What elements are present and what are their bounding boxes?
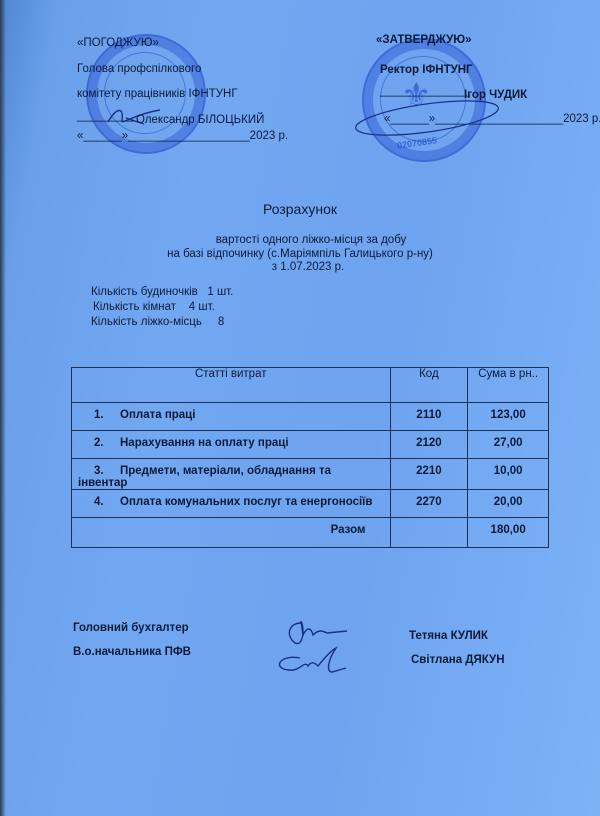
table-total-row: Разом 180,00 bbox=[72, 518, 549, 548]
row-code: 2270 bbox=[390, 490, 468, 518]
cost-table: Статті витрат Код Сума в рн.. 1.Оплата п… bbox=[71, 367, 549, 548]
table-header-row: Статті витрат Код Сума в рн.. bbox=[72, 368, 549, 403]
acting-head-signature bbox=[270, 646, 350, 680]
fact-value: 4 шт. bbox=[189, 301, 215, 313]
fact-value: 1 шт. bbox=[207, 286, 233, 298]
signatory-name-acting-head: Світлана ДЯКУН bbox=[411, 654, 505, 666]
row-sum: 123,00 bbox=[468, 403, 549, 431]
table-row: 3.Предмети, матеріали, обладнання та інв… bbox=[72, 459, 549, 490]
header-cost-items: Статті витрат bbox=[72, 368, 391, 403]
fact-label: Кількість будиночків bbox=[91, 286, 198, 298]
signatory-position-chief-accountant: Головний бухгалтер bbox=[73, 622, 189, 634]
row-number: 2. bbox=[78, 437, 120, 449]
document-title: Розрахунок bbox=[0, 201, 600, 217]
total-sum: 180,00 bbox=[468, 518, 549, 548]
fact-beds: Кількість ліжко-місць 8 bbox=[91, 316, 224, 328]
row-code: 2110 bbox=[390, 403, 468, 431]
row-number: 1. bbox=[78, 409, 120, 421]
table-row: 2.Нарахування на оплату праці 2120 27,00 bbox=[72, 431, 549, 459]
row-item: Оплата комунальних послуг та енергоносії… bbox=[120, 496, 372, 508]
row-number: 4. bbox=[78, 496, 120, 508]
row-item: Нарахування на оплату праці bbox=[120, 437, 289, 449]
row-item: Оплата праці bbox=[120, 409, 195, 421]
table-row: 4.Оплата комунальних послуг та енергонос… bbox=[72, 490, 549, 518]
fact-label: Кількість кімнат bbox=[93, 301, 176, 313]
row-code: 2210 bbox=[390, 459, 468, 490]
header-code: Код bbox=[390, 368, 468, 403]
approval-left-title-line1: Голова профспілкового bbox=[77, 63, 201, 75]
row-sum: 27,00 bbox=[468, 431, 549, 459]
approval-left-title-line2: комітету працівників ІФНТУНГ bbox=[77, 88, 238, 100]
fact-rooms: Кількість кімнат 4 шт. bbox=[93, 301, 215, 313]
approval-left-name: Олександр БІЛОЦЬКИЙ bbox=[136, 114, 264, 126]
approval-right-header: «ЗАТВЕРДЖУЮ» bbox=[376, 34, 472, 46]
document-subtitle-line2: на базі відпочинку (с.Маріямпіль Галицьк… bbox=[0, 248, 600, 260]
fact-value: 8 bbox=[218, 316, 224, 328]
document-subtitle-line1: вартості одного ліжко-місця за добу bbox=[0, 234, 600, 246]
signatory-name-chief-accountant: Тетяна КУЛИК bbox=[409, 630, 488, 642]
signatory-position-acting-head: В.о.начальника ПФВ bbox=[73, 646, 191, 658]
approval-left-header: «ПОГОДЖУЮ» bbox=[77, 37, 159, 49]
fact-houses: Кількість будиночків 1 шт. bbox=[91, 286, 233, 298]
row-sum: 10,00 bbox=[468, 459, 549, 490]
page-edge-shadow bbox=[0, 0, 6, 816]
total-label: Разом bbox=[72, 518, 391, 548]
header-sum: Сума в рн.. bbox=[468, 368, 549, 403]
row-code: 2120 bbox=[390, 431, 468, 459]
table-row: 1.Оплата праці 2110 123,00 bbox=[72, 403, 549, 431]
approval-left-date: «______»___________________2023 р. bbox=[77, 130, 288, 142]
total-code bbox=[390, 518, 468, 548]
approval-right-title: Ректор ІФНТУНГ bbox=[380, 64, 473, 76]
row-number: 3. bbox=[78, 465, 120, 477]
document-subtitle-line3: з 1.07.2023 р. bbox=[0, 261, 600, 273]
fact-label: Кількість ліжко-місць bbox=[91, 316, 202, 328]
row-sum: 20,00 bbox=[468, 490, 549, 518]
